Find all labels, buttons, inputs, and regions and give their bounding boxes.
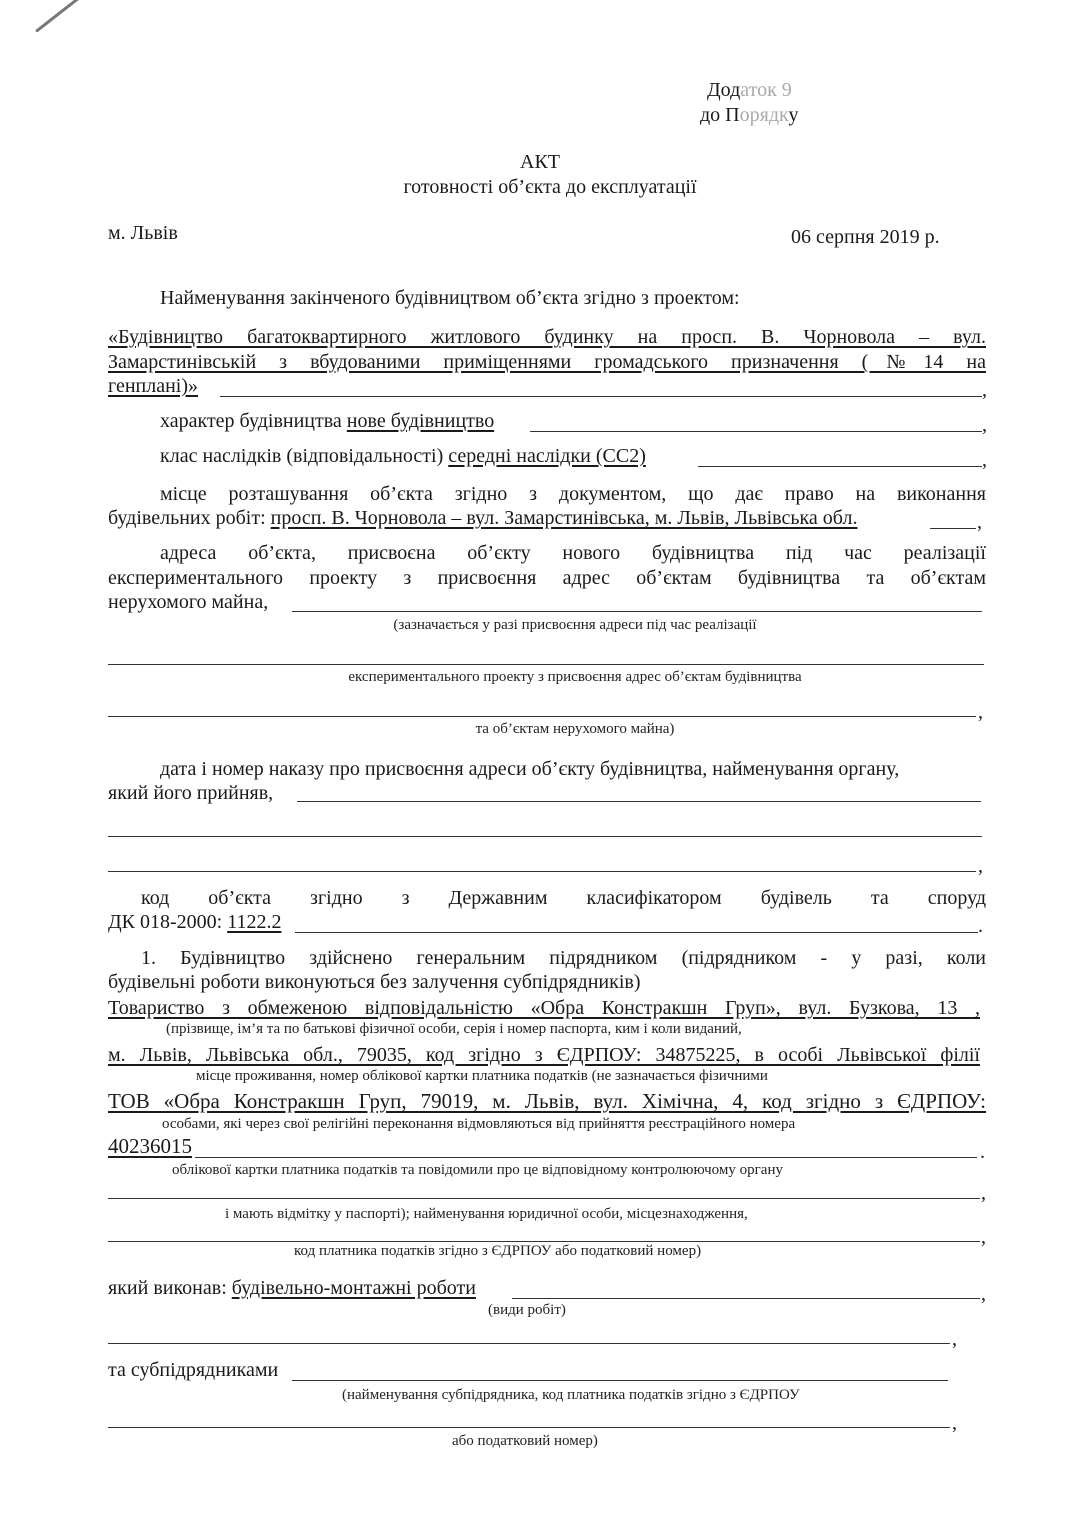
contractor-hint-6: код платника податків згідно з ЄДРПОУ аб… [294,1242,701,1260]
address-blank-line [108,664,984,665]
classifier-line-2: ДК 018-2000: 1122.2 [108,910,281,934]
blank-line [530,431,982,432]
address-line-2: експериментального проекту з присвоєння … [108,566,986,590]
comma: , [981,1282,986,1306]
consequence-class: клас наслідків (відповідальності) середн… [160,444,646,468]
comma: . [980,1140,985,1164]
blank-line [108,1427,950,1428]
order-blank-line [108,871,976,872]
subcontractors-label: та субпідрядниками [108,1358,278,1382]
comma: , [952,1411,957,1435]
blank-line [195,1157,977,1158]
order-line-2: який його прийняв, [108,781,273,805]
order-line-1: дата і номер наказу про присвоєння адрес… [160,757,899,781]
place: м. Львів [108,221,178,245]
date: 06 серпня 2019 р. [791,225,940,249]
address-hint-3: та об’єктам нерухомого майна) [0,720,1080,738]
contractor-line-1: 1. Будівництво здійснено генеральним під… [141,946,986,970]
address-line-3: нерухомого майна, [108,590,268,614]
appendix-label: Додаток 9 [707,78,792,102]
contractor-line-2: будівельні роботи виконуються без залуче… [108,970,641,994]
works-hint: (види робіт) [488,1301,566,1319]
object-name-line-3: генплані)» [108,374,198,398]
consequence-class-value: середні наслідки (СС2) [448,445,646,467]
contractor-value-2: м. Львів, Львівська обл., 79035, код згі… [108,1043,980,1067]
contractor-value-4: 40236015 [108,1134,192,1158]
comma: , [981,1181,986,1205]
address-blank-line [108,716,976,717]
blank-line [698,466,982,467]
document-title: АКТ [0,150,1080,174]
contractor-hint-2: місце проживання, номер облікової картки… [196,1067,768,1085]
blank-line [108,1198,980,1199]
location-line-1: місце розташування об’єкта згідно з доку… [160,482,986,506]
order-label: до Порядку [700,103,798,127]
comma: , [952,1327,957,1351]
address-hint-1: (зазначається у разі присвоєння адреси п… [0,616,1080,634]
comma: , [982,448,987,472]
contractor-hint-5: і мають відмітку у паспорті); найменуван… [225,1205,748,1223]
classifier-line-1: код об’єкта згідно з Державним класифіка… [141,886,986,910]
comma: , [978,854,983,878]
comma: , [977,510,982,534]
works-line: який виконав: будівельно-монтажні роботи [108,1276,476,1300]
subcontractors-hint-2: або податковий номер) [452,1432,598,1450]
blank-line [930,528,976,529]
construction-type: характер будівництва нове будівництво [160,409,494,433]
blank-line [220,396,982,397]
address-blank-line [292,611,982,612]
comma: , [981,1225,986,1249]
location-value: просп. В. Чорновола – вул. Замарстинівсь… [271,507,858,529]
contractor-hint-3: особами, які через свої релігійні переко… [162,1115,795,1133]
subcontractors-hint-1: (найменування субпідрядника, код платник… [342,1386,800,1404]
comma: , [982,378,987,402]
document-subtitle: готовності об’єкта до експлуатації [0,175,1080,199]
address-line-1: адреса об’єкта, присвоєна об’єкту нового… [160,541,986,565]
comma: , [982,413,987,437]
contractor-hint-4: облікової картки платника податків та по… [172,1161,783,1179]
comma: . [978,914,983,938]
blank-line [108,1343,950,1344]
pen-mark [35,0,90,33]
blank-line [512,1298,980,1299]
object-name-label: Найменування закінченого будівництвом об… [160,286,740,310]
object-name-line-1: «Будівництво багатоквартирного житлового… [108,325,986,349]
works-value: будівельно-монтажні роботи [232,1277,476,1299]
classifier-value: 1122.2 [227,911,281,933]
construction-type-value: нове будівництво [347,410,494,432]
address-hint-2: експериментального проекту з присвоєння … [0,668,1080,686]
blank-line [295,932,978,933]
order-blank-line [108,836,982,837]
contractor-value-3: ТОВ «Обра Констракшн Груп, 79019, м. Льв… [108,1089,986,1113]
contractor-value-1: Товариство з обмеженою відповідальністю … [108,996,980,1020]
location-line-2: будівельних робіт: просп. В. Чорновола –… [108,506,857,530]
object-name-line-2: Замарстинівській з вбудованими приміщенн… [108,350,986,374]
subcontractors-blank-line [292,1380,948,1381]
order-blank-line [297,801,981,802]
contractor-hint-1: (прізвище, ім’я та по батькові фізичної … [166,1020,742,1038]
